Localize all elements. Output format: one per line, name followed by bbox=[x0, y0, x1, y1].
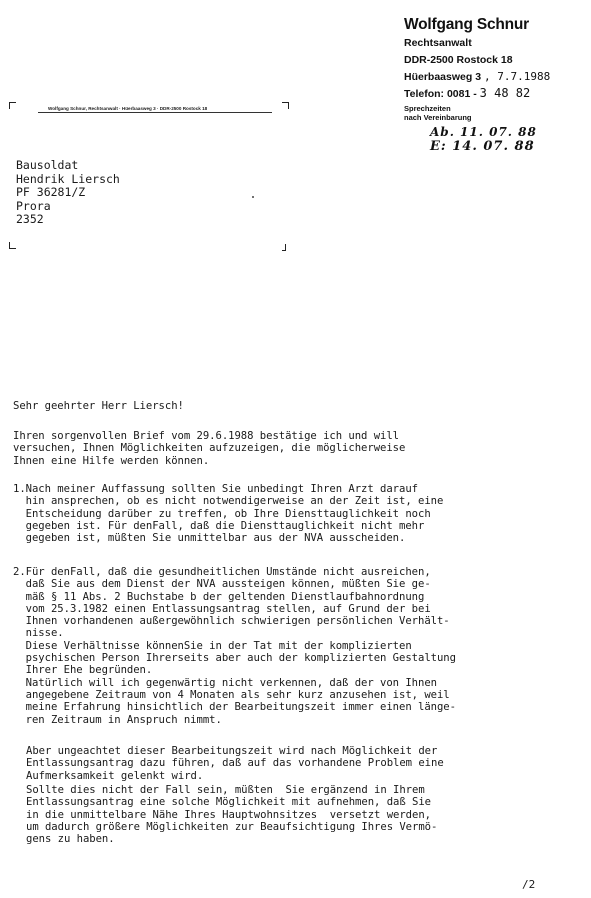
office-hours: Sprechzeiten nach Vereinbarung bbox=[404, 104, 472, 122]
letterhead-phone: Telefon: 0081 - 3 48 82 bbox=[404, 86, 530, 100]
numbered-point-1: 1.Nach meiner Auffassung sollten Sie unb… bbox=[13, 483, 443, 544]
letterhead-city: DDR-2500 Rostock 18 bbox=[404, 54, 513, 66]
salutation: Sehr geehrter Herr Liersch! bbox=[13, 400, 184, 412]
scan-speck bbox=[252, 196, 254, 198]
recipient-address: Bausoldat Hendrik Liersch PF 36281/Z Pro… bbox=[16, 159, 120, 227]
page-continuation-marker: /2 bbox=[522, 878, 535, 891]
address-window-corner-mark bbox=[282, 102, 289, 109]
intro-paragraph: Ihren sorgenvollen Brief vom 29.6.1988 b… bbox=[13, 430, 405, 467]
address-window-corner-mark bbox=[282, 244, 286, 251]
letter-date: , 7.7.1988 bbox=[484, 70, 550, 83]
phone-label: Telefon: 0081 - bbox=[404, 88, 477, 100]
paragraph-aber: Aber ungeachtet dieser Bearbeitungszeit … bbox=[26, 745, 444, 782]
letterhead-street-date: Hüerbaasweg 3 , 7.7.1988 bbox=[404, 70, 550, 83]
sender-return-address: Wolfgang Schnur, Rechtsanwalt · Hüerbaas… bbox=[38, 106, 272, 113]
address-window-corner-mark bbox=[9, 102, 16, 109]
office-hours-line2: nach Vereinbarung bbox=[404, 113, 472, 122]
letterhead-name: Wolfgang Schnur bbox=[404, 16, 529, 34]
address-window-corner-mark bbox=[9, 242, 16, 249]
letterhead-street: Hüerbaasweg 3 bbox=[404, 71, 481, 83]
numbered-point-2: 2.Für denFall, daß die gesundheitlichen … bbox=[13, 566, 456, 726]
phone-number: 3 48 82 bbox=[480, 86, 531, 100]
letterhead-title: Rechtsanwalt bbox=[404, 37, 472, 49]
handwritten-note-2: E: 14. 07. 88 bbox=[430, 139, 535, 154]
handwritten-note-1: Ab. 11. 07. 88 bbox=[430, 125, 537, 139]
paragraph-sollte: Sollte dies nicht der Fall sein, müßten … bbox=[26, 784, 437, 845]
office-hours-line1: Sprechzeiten bbox=[404, 104, 472, 113]
